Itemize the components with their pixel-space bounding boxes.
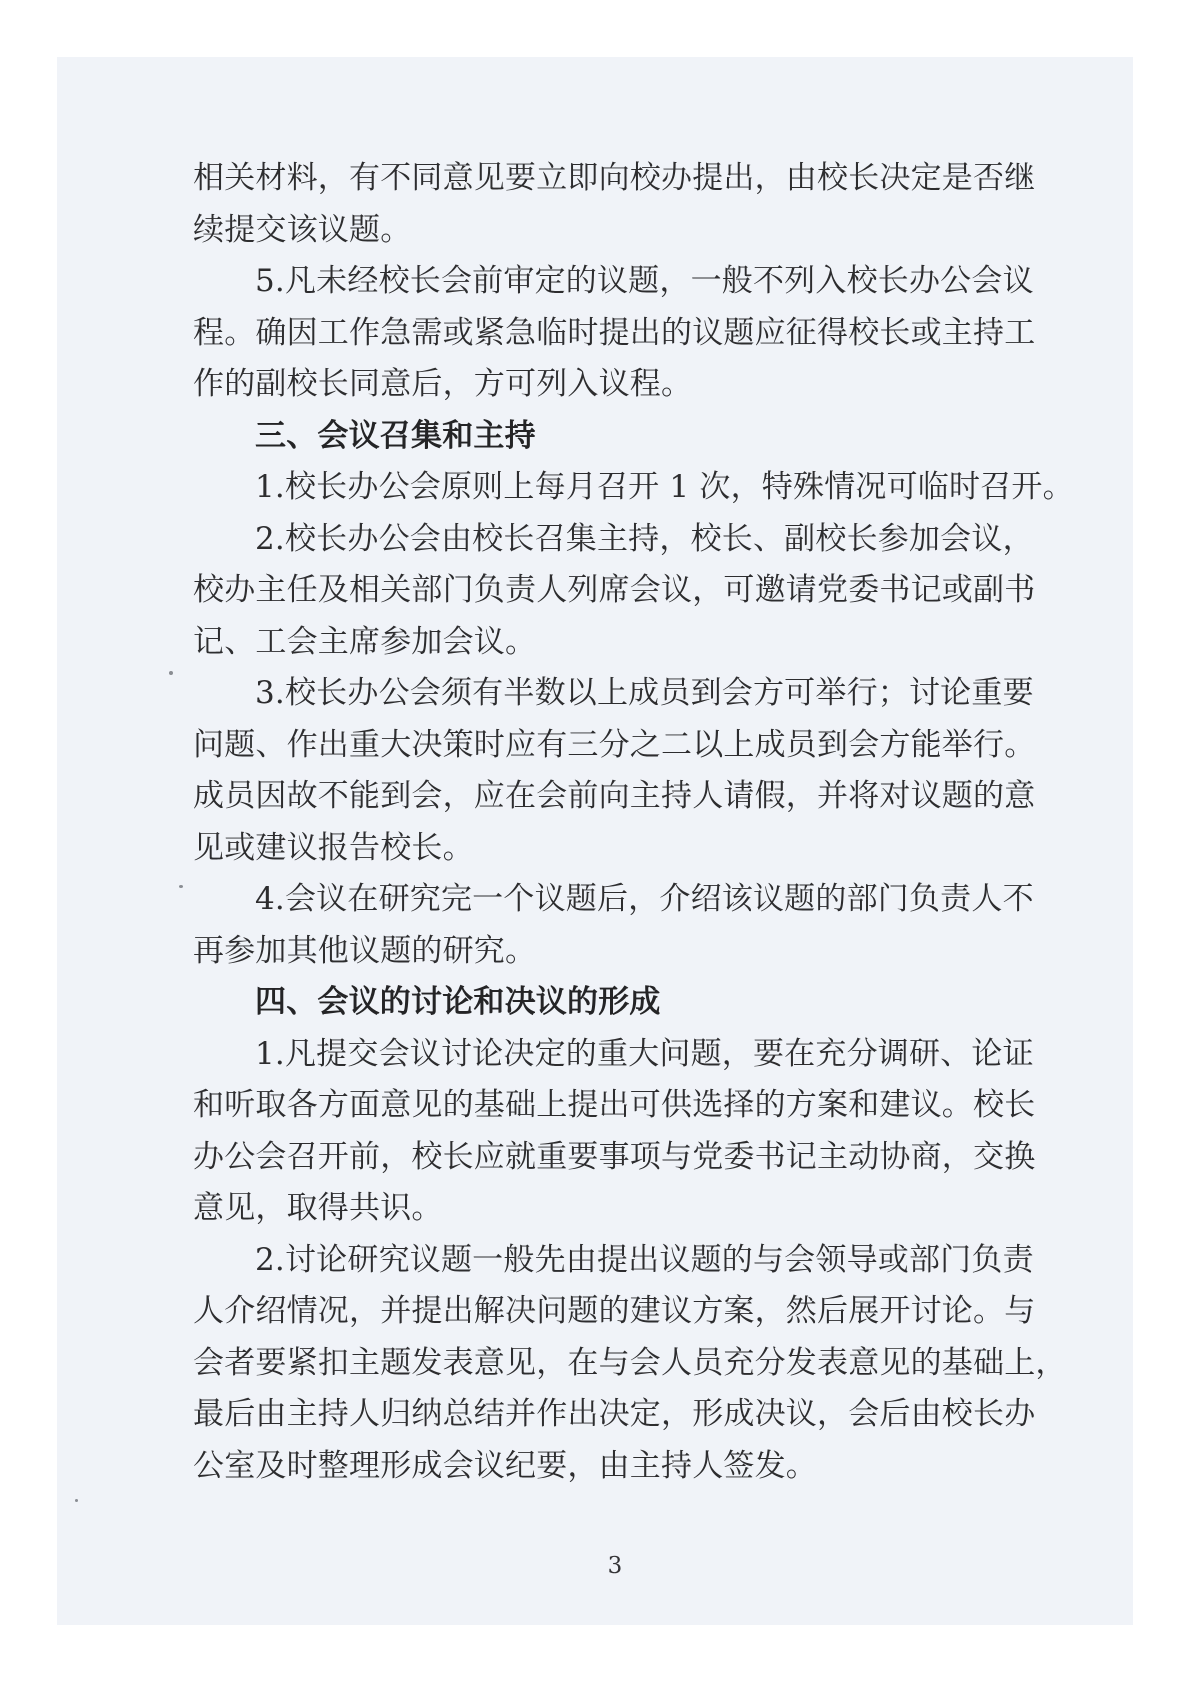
text-line: 公室及时整理形成会议纪要，由主持人签发。: [193, 1441, 1037, 1493]
text-line: 见或建议报告校长。: [193, 823, 1037, 875]
page-number: 3: [193, 1553, 1037, 1579]
text-line: 问题、作出重大决策时应有三分之二以上成员到会方能举行。: [193, 720, 1037, 772]
text-line: 3.校长办公会须有半数以上成员到会方可举行；讨论重要: [193, 668, 1037, 720]
screenshot-root: { "page": { "background": "#ffffff", "pa…: [0, 0, 1191, 1684]
text-line: 和听取各方面意见的基础上提出可供选择的方案和建议。校长: [193, 1080, 1037, 1132]
section-heading: 四、会议的讨论和决议的形成: [193, 977, 1037, 1029]
document-body: 相关材料，有不同意见要立即向校办提出，由校长决定是否继 续提交该议题。 5.凡未…: [193, 153, 1037, 1492]
text-line: 1.凡提交会议讨论决定的重大问题，要在充分调研、论证: [193, 1029, 1037, 1081]
text-line: 1.校长办公会原则上每月召开 1 次，特殊情况可临时召开。: [193, 462, 1037, 514]
text-line: 最后由主持人归纳总结并作出决定，形成决议，会后由校长办: [193, 1389, 1037, 1441]
section-heading: 三、会议召集和主持: [193, 411, 1037, 463]
text-line: 成员因故不能到会，应在会前向主持人请假，并将对议题的意: [193, 771, 1037, 823]
text-line: 2.讨论研究议题一般先由提出议题的与会领导或部门负责: [193, 1235, 1037, 1287]
text-line: 办公会召开前，校长应就重要事项与党委书记主动协商，交换: [193, 1132, 1037, 1184]
text-line: 意见，取得共识。: [193, 1183, 1037, 1235]
scan-speck: [179, 885, 183, 888]
text-line: 作的副校长同意后，方可列入议程。: [193, 359, 1037, 411]
text-line: 再参加其他议题的研究。: [193, 926, 1037, 978]
text-line: 相关材料，有不同意见要立即向校办提出，由校长决定是否继: [193, 153, 1037, 205]
text-line: 4.会议在研究完一个议题后，介绍该议题的部门负责人不: [193, 874, 1037, 926]
scan-speck: [75, 1499, 78, 1502]
text-line: 校办主任及相关部门负责人列席会议，可邀请党委书记或副书: [193, 565, 1037, 617]
scan-speck: [169, 671, 173, 675]
text-line: 5.凡未经校长会前审定的议题，一般不列入校长办公会议: [193, 256, 1037, 308]
text-line: 人介绍情况，并提出解决问题的建议方案，然后展开讨论。与: [193, 1286, 1037, 1338]
text-line: 记、工会主席参加会议。: [193, 617, 1037, 669]
text-line: 会者要紧扣主题发表意见，在与会人员充分发表意见的基础上，: [193, 1338, 1037, 1390]
text-line: 程。确因工作急需或紧急临时提出的议题应征得校长或主持工: [193, 308, 1037, 360]
text-line: 2.校长办公会由校长召集主持，校长、副校长参加会议，: [193, 514, 1037, 566]
text-line: 续提交该议题。: [193, 205, 1037, 257]
document-page: 相关材料，有不同意见要立即向校办提出，由校长决定是否继 续提交该议题。 5.凡未…: [57, 57, 1133, 1625]
